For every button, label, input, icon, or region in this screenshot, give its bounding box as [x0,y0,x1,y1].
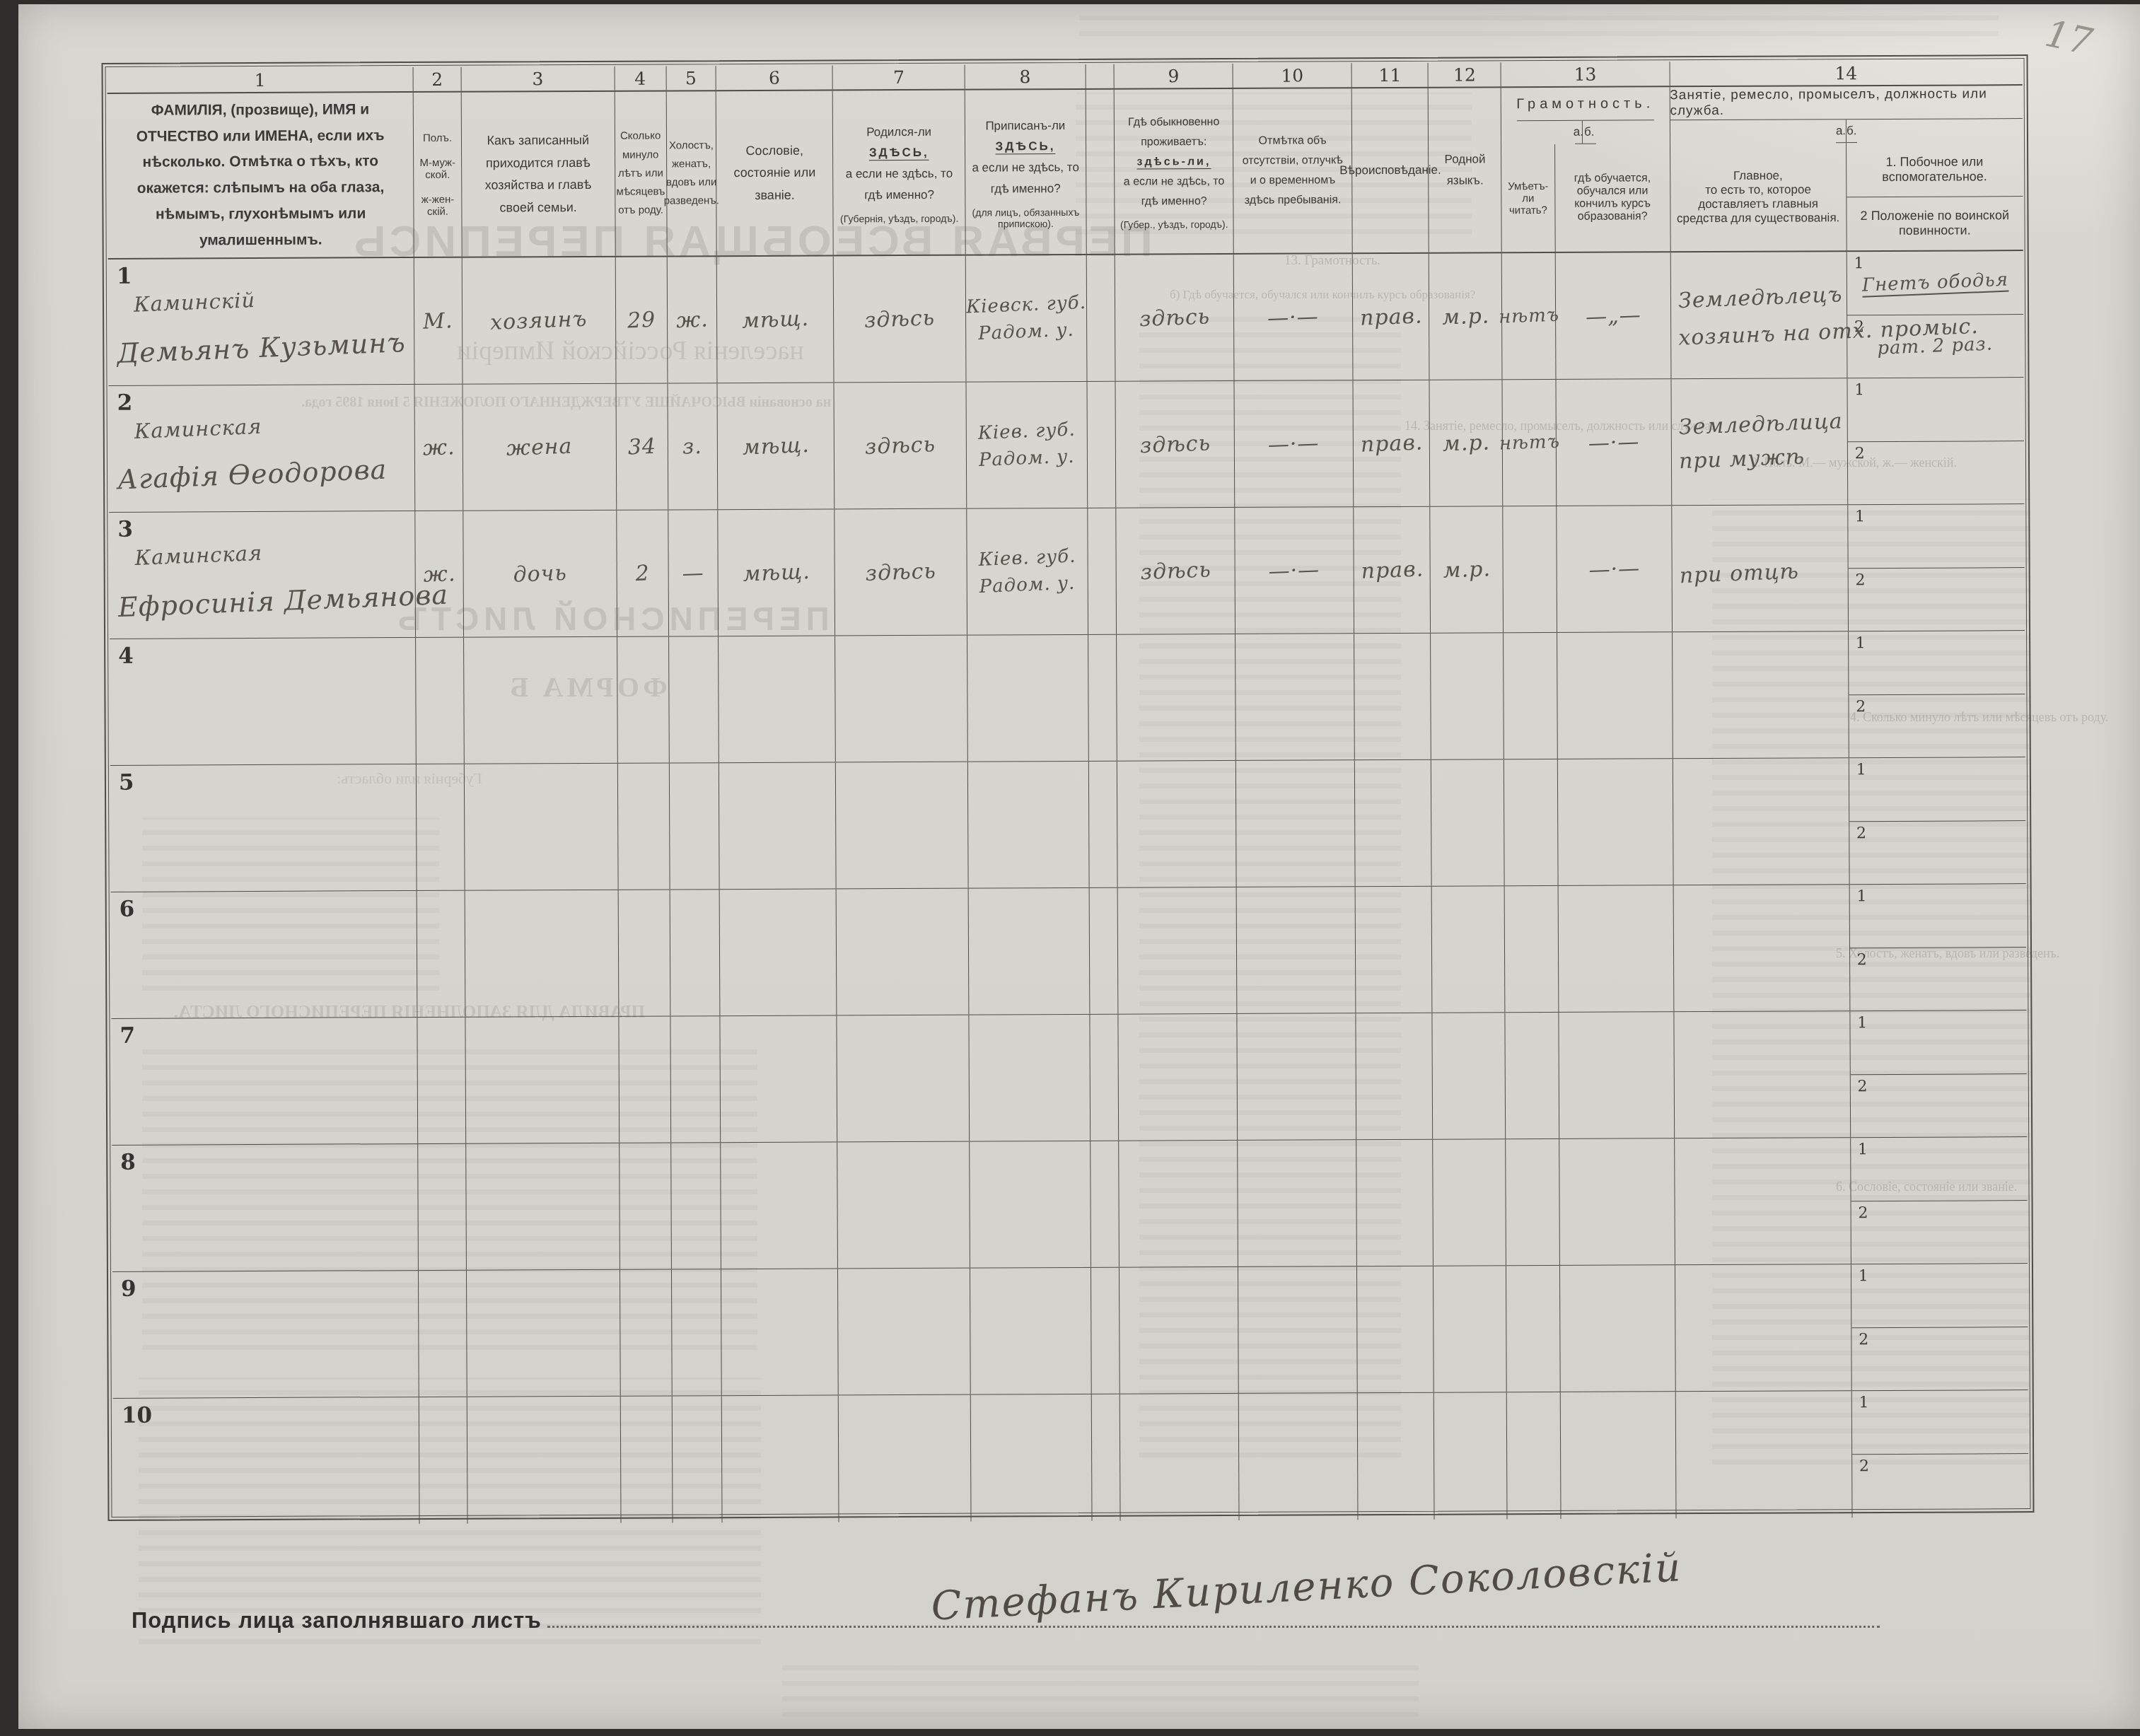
census-form-paper: ПЕРВАЯ ВСЕОБЩАЯ ПЕРЕПИСЬ населенія Россі… [18,4,2140,1729]
cell-language: м.р. [1431,506,1504,632]
cell-birthplace [837,1142,970,1269]
header-relation: Какъ записанный приходится главѣ хозяйст… [462,92,616,257]
entry-age: 34 [627,433,657,460]
header-occupation-main: Главное, то есть то, которое доставляетъ… [1670,143,1847,251]
bleedthrough-texture [782,1660,1419,1728]
cell-absence [1236,760,1356,887]
cell-literacy-b: —·— [1557,506,1672,632]
occupation-b-letter: б. [1847,120,1857,142]
cell-literacy-a [1504,633,1558,759]
sub-number-2: 2 [1856,825,1866,842]
cell-age [617,636,670,762]
header-sex: Полъ. М-муж-ской. ж-жен-скій. [414,93,463,257]
header-residence: Гдѣ обыкновенно проживаетъ: здѣсь-ли, а … [1115,89,1234,254]
cell-age [620,1269,673,1395]
header-name: ФАМИЛІЯ, (прозвище), ИМЯ и ОТЧЕСТВО или … [107,93,414,258]
signature-row: Подпись лица заполнявшаго листъ Стефанъ … [132,1608,1885,1633]
entry-residence: здѣсь [1140,557,1211,585]
entry-religion: прав. [1361,557,1424,583]
fold-separator [1090,1015,1119,1141]
entry-relation: жена [506,433,573,461]
cell-occupation-side: 1 2 [1851,1137,2028,1264]
cell-literacy-b [1559,885,1674,1012]
cell-birthplace: здѣсь [835,509,968,636]
fold-separator [1087,382,1116,508]
cell-registration [967,635,1088,762]
cell-literacy-a: нѣтъ [1502,253,1557,379]
cell-name: 4 [110,638,417,765]
cell-residence [1117,634,1236,761]
cell-occupation-side: 1 2 [1851,1390,2028,1517]
sub-number-1: 1 [1854,381,1864,399]
entry-absence: —·— [1268,557,1320,584]
cell-estate [720,889,837,1015]
col-number-10: 10 [1233,63,1352,88]
cell-residence [1119,1014,1238,1141]
entry-sex: М. [423,308,454,334]
sub-number-1: 1 [1859,1394,1868,1411]
fold-separator [1089,762,1118,887]
cell-name: 5 [110,764,417,892]
row-number: 4 [118,643,134,669]
entry-religion: прав. [1359,303,1423,330]
entry-occupation-main-line1: Земледѣлецъ [1677,282,1843,313]
sub-number-2: 2 [1859,1331,1868,1348]
entry-language: м.р. [1442,430,1490,457]
cell-marital [670,890,720,1015]
cell-age [620,1143,672,1269]
row-number: 3 [117,517,133,542]
cell-name: 1 Каминскій Демьянъ Кузьминъ [108,258,415,385]
entry-given-name: Демьянъ Кузьминъ [117,327,407,369]
row-number: 8 [120,1150,136,1175]
occupation-a-letter: а. [1836,120,1847,142]
cell-sex [417,891,465,1017]
cell-religion [1357,1266,1434,1392]
cell-language [1431,759,1505,885]
cell-relation: дочь [463,511,617,637]
cell-literacy-b [1558,759,1673,885]
entry-birthplace: здѣсь [864,305,936,333]
col-number-6: 6 [716,65,833,90]
literacy-b-letter: б. [1582,121,1595,144]
cell-religion: прав. [1354,507,1431,633]
row-number: 2 [117,390,133,416]
entry-residence: здѣсь [1139,304,1210,332]
cell-relation [467,1397,621,1524]
cell-residence [1120,1394,1240,1521]
header-religion: Вѣроисповѣданіе. [1352,88,1429,252]
header-literacy-b: гдѣ обучается, обучался или кончилъ курс… [1555,144,1670,252]
cell-estate [721,1269,839,1395]
cell-occupation-side: 1 2 [1851,1264,2028,1390]
cell-estate: мѣщ. [718,509,835,636]
entry-surname: Каминская [134,541,263,570]
table-row: 10 [113,1390,2029,1525]
cell-marital [672,1396,722,1522]
entry-registration-line2: Радом. у. [978,320,1075,344]
cell-occupation-main: Земледѣлица при мужѣ [1671,378,1848,505]
entry-estate: мѣщ. [742,432,810,460]
entry-literacy-b: —·— [1588,556,1641,583]
entry-surname: Каминскій [133,288,255,317]
cell-language [1432,886,1506,1012]
entry-occupation-main-line2: при мужѣ [1678,444,1805,474]
entry-birthplace: здѣсь [864,432,936,460]
header-literacy-a: Умѣетъ-ли читать? [1501,144,1555,252]
cell-sex: ж. [416,511,464,637]
cell-marital: з. [668,383,718,509]
sub-number-1: 1 [1856,761,1866,779]
sub-number-1: 1 [1859,1267,1868,1285]
occupation-side-subcell: 1 [1849,631,2025,695]
col-number-5: 5 [666,66,716,90]
cell-absence [1237,887,1356,1013]
fold-separator [1086,64,1115,88]
fold-separator [1089,888,1118,1014]
cell-marital: ж. [667,257,717,383]
header-occupation: Занятіе, ремесло, промыселъ, должность и… [1670,86,2023,251]
table-row: 6 [111,884,2027,1019]
census-table: 1 2 3 4 5 6 7 8 9 10 11 12 13 14 ФАМИЛІЯ… [102,54,2035,1521]
cell-occupation-side: 1 2 [1849,631,2025,757]
cell-birthplace [839,1395,972,1522]
cell-language: м.р. [1430,380,1504,506]
military-status-subcell: 2 [1849,821,2026,885]
entry-estate: мѣщ. [743,559,810,586]
cell-literacy-a [1506,1266,1561,1392]
col-number-1: 1 [107,67,414,93]
cell-occupation-main [1673,631,1849,758]
row-number: 5 [119,770,134,796]
header-marital: Холостъ, женатъ, вдовъ или разведенъ. [666,91,716,255]
table-row: 9 [112,1264,2028,1399]
cell-occupation-main [1675,1391,1852,1518]
military-status-subcell: 2 [1851,1201,2028,1264]
cell-marital [672,1269,722,1395]
cell-religion [1355,760,1432,886]
col-number-8: 8 [965,64,1086,89]
cell-registration [970,1268,1091,1394]
cell-religion [1356,887,1433,1013]
row-number: 7 [120,1023,135,1049]
cell-registration [968,762,1089,888]
entry-registration-line2: Радом. у. [979,573,1076,598]
cell-religion [1356,1140,1434,1266]
sub-number-1: 1 [1856,887,1866,905]
sub-number-1: 1 [1857,1014,1867,1032]
table-row: 2 Каминская Агафія Ѳеодорова ж. жена 34 … [109,378,2025,513]
header-age: Сколько минуло лѣтъ или мѣсяцевъ отъ род… [615,91,667,255]
cell-relation [465,764,618,890]
cell-relation [465,890,619,1017]
occupation-side-subcell: 1 [1849,884,2026,948]
entry-marital: — [682,560,704,586]
entry-registration-line1: Кіев. губ. [977,419,1076,444]
cell-absence [1235,634,1355,760]
cell-registration [970,1015,1091,1141]
table-row: 7 [111,1010,2027,1146]
cell-absence [1238,1140,1357,1266]
cell-estate [719,636,836,762]
entry-sex: ж. [423,561,456,587]
sub-number-2: 2 [1857,951,1867,969]
entry-registration-line1: Кіев. губ. [978,546,1076,571]
sub-number-1: 1 [1858,1141,1868,1158]
col-number-9: 9 [1115,64,1233,88]
entry-age: 29 [627,307,656,333]
sub-number-2: 2 [1858,1078,1868,1095]
military-status-subcell: 2 [1850,1074,2027,1138]
entry-given-name: Ефросинія Демьянова [117,579,449,623]
cell-age [619,1016,671,1142]
occupation-side-subcell: 1 [1850,1010,2027,1075]
entry-absence: —·— [1267,304,1320,331]
entry-relation: дочь [513,560,567,587]
cell-occupation-side: 1 2 [1850,1010,2027,1137]
sub-number-1: 1 [1854,255,1863,272]
cell-relation [465,1017,619,1143]
cell-registration [971,1394,1092,1522]
cell-occupation-side: 1 2 [1848,504,2025,631]
sub-number-2: 2 [1856,698,1866,716]
cell-sex [416,638,464,764]
table-header-row: ФАМИЛІЯ, (прозвище), ИМЯ и ОТЧЕСТВО или … [107,86,2023,260]
cell-estate: мѣщ. [717,256,835,383]
entry-residence: здѣсь [1139,431,1211,458]
cell-sex [418,1018,466,1143]
cell-marital [670,1016,721,1142]
cell-literacy-b: —·— [1557,379,1672,506]
cell-occupation-side: 1 2 [1849,884,2026,1010]
cell-language [1434,1266,1507,1392]
cell-age: 29 [615,257,668,383]
row-number: 1 [117,264,132,289]
cell-residence: здѣсь [1117,508,1236,634]
military-status-subcell: 2 [1850,948,2027,1011]
cell-occupation-side: 1 2 [1847,378,2024,504]
cell-literacy-a [1504,506,1558,632]
literacy-a-letter: а. [1575,121,1583,144]
military-status-subcell: 2 [1848,568,2025,631]
entry-estate: мѣщ. [741,305,809,333]
cell-birthplace [837,1015,970,1142]
cell-marital [669,636,719,762]
military-status-subcell: 2 [1851,1327,2028,1391]
bleedthrough-texture [1079,13,1999,47]
cell-literacy-b [1559,1138,1675,1265]
entry-given-name: Агафія Ѳеодорова [117,454,388,496]
cell-marital [670,763,720,889]
occupation-side-subcell: 1 Гнетъ ободья [1847,251,2023,315]
cell-relation [464,637,617,764]
cell-registration: Кіев. губ. Радом. у. [967,508,1088,635]
cell-birthplace: здѣсь [834,256,967,383]
cell-religion [1358,1393,1435,1520]
row-number: 6 [120,897,135,922]
occupation-side-subcell: 1 [1851,1264,2028,1328]
entry-absence: —·— [1268,431,1320,458]
entry-registration-line1: Кіевск. губ. [965,292,1086,318]
cell-literacy-a: нѣтъ [1503,380,1557,506]
cell-registration: Кіев. губ. Радом. у. [967,382,1088,508]
cell-residence [1120,1141,1239,1267]
pencil-page-number: 17 [2041,13,2095,64]
entry-relation: хозяинъ [490,306,588,334]
signature-label: Подпись лица заполнявшаго листъ [132,1608,542,1633]
cell-literacy-b [1557,632,1673,759]
cell-occupation-main [1675,1138,1851,1264]
header-registration: Приписанъ-ли ЗДѢСЬ, а если не здѣсь, то … [965,90,1087,255]
entry-literacy-b: —„— [1585,303,1641,330]
cell-literacy-b [1559,1012,1675,1138]
cell-name: 10 [113,1397,420,1525]
col-number-12: 12 [1429,62,1501,86]
cell-sex [418,1144,466,1270]
sub-number-2: 2 [1855,571,1865,589]
cell-estate [721,1142,838,1269]
cell-literacy-a [1504,759,1559,885]
entry-language: м.р. [1443,557,1491,583]
header-literacy: Грамотность. а. б. Умѣетъ-ли читать? гдѣ… [1501,87,1670,252]
cell-sex [419,1397,467,1524]
enumerator-signature: Стефанъ Кириленко Соколовскій [930,1544,1683,1630]
entry-occupation-main-line2: при отцѣ [1679,559,1800,588]
cell-birthplace [838,1269,971,1395]
row-number: 9 [121,1276,136,1302]
cell-language [1434,1392,1508,1519]
header-language: Родной языкъ. [1429,88,1502,252]
cell-birthplace: здѣсь [835,383,967,509]
cell-relation: жена [463,384,616,511]
cell-occupation-main [1675,1264,1852,1391]
fold-separator [1091,1268,1120,1394]
cell-occupation-main [1674,1011,1851,1138]
occupation-side-subcell: 1 [1849,757,2026,822]
entry-birthplace: здѣсь [865,559,936,586]
cell-estate: мѣщ. [718,383,835,509]
cell-literacy-b: —„— [1556,252,1671,379]
cell-religion: прав. [1354,380,1431,506]
entry-language: м.р. [1441,303,1489,330]
cell-name: 6 [111,891,418,1018]
sub-number-2: 2 [1855,445,1865,462]
cell-literacy-a [1506,1139,1560,1265]
cell-birthplace [837,889,970,1015]
entry-literacy-a: нѣтъ [1499,431,1560,454]
cell-registration: Кіевск. губ. Радом. у. [966,255,1087,382]
cell-religion: прав. [1353,254,1430,380]
cell-absence: —·— [1234,254,1354,380]
sub-number-1: 1 [1856,634,1866,652]
cell-religion [1354,634,1431,759]
cell-absence: —·— [1235,380,1354,507]
cell-age [618,890,670,1015]
cell-marital [671,1143,721,1269]
cell-occupation-main [1673,885,1850,1011]
cell-age [620,1396,673,1522]
col-number-7: 7 [833,65,965,90]
entry-registration-line2: Радом. у. [979,446,1076,471]
cell-relation [467,1270,620,1397]
header-estate: Сословіе, состояніе или званіе. [716,91,834,255]
col-number-3: 3 [461,66,615,91]
fold-separator [1091,1394,1120,1521]
cell-residence [1118,887,1238,1014]
header-occupation-military: 2 Положеніе по воинской повинности. [1847,197,2023,251]
cell-literacy-b [1561,1392,1676,1519]
occupation-side-subcell: 1 [1851,1390,2028,1455]
cell-relation [466,1143,620,1270]
occupation-side-subcell: 1 [1847,378,2024,442]
col-number-13: 13 [1501,62,1670,86]
cell-relation: хозяинъ [463,257,616,384]
entry-surname: Каминская [134,414,262,443]
cell-name: 8 [112,1144,419,1271]
sub-number-1: 1 [1855,508,1865,525]
fold-separator [1088,635,1117,761]
cell-sex: ж. [415,385,463,511]
col-number-4: 4 [615,66,666,90]
table-row: 4 [110,631,2025,766]
fold-separator [1091,1141,1120,1267]
signature-dotted-line [547,1625,1880,1628]
col-number-2: 2 [414,67,462,91]
cell-occupation-side: 1 Гнетъ ободья 2 рат. 2 раз. [1847,251,2023,378]
cell-residence: здѣсь [1115,255,1235,381]
cell-religion [1356,1013,1434,1139]
fold-separator [1088,508,1117,634]
cell-birthplace [836,762,969,889]
cell-marital: — [668,510,719,636]
cell-language [1433,1013,1506,1138]
entry-literacy-b: —·— [1588,429,1640,456]
cell-sex: М. [414,258,463,384]
header-occupation-side-1: 1. Побочное или вспомогательное. [1847,142,2023,197]
cell-residence: здѣсь [1116,381,1235,508]
fold-separator [1086,90,1115,254]
cell-literacy-a [1506,1013,1560,1138]
cell-literacy-b [1560,1265,1675,1392]
military-status-subcell: 2 [1848,441,2025,505]
occupation-side-subcell: 1 [1851,1137,2028,1201]
entry-marital: ж. [675,307,709,333]
header-occupation-side: 1. Побочное или вспомогательное. 2 Полож… [1847,142,2023,250]
entry-military-status: рат. 2 раз. [1877,333,1994,359]
cell-name: 9 [112,1271,419,1398]
cell-name: 2 Каминская Агафія Ѳеодорова [109,385,416,512]
table-row: 3 Каминская Ефросинія Демьянова ж. дочь … [109,504,2025,639]
cell-absence [1238,1013,1357,1140]
entry-age: 2 [635,561,650,586]
cell-estate [720,1015,837,1142]
cell-registration [969,888,1090,1015]
col-number-11: 11 [1352,63,1429,87]
row-number: 10 [122,1403,152,1428]
table-row: 8 [112,1137,2028,1272]
cell-name: 7 [111,1018,418,1145]
entry-occupation-main-line1: Земледѣлица [1678,409,1843,440]
cell-occupation-side: 1 2 [1849,757,2026,884]
cell-age: 34 [616,383,668,509]
cell-language [1434,1139,1507,1265]
sub-number-2: 2 [1858,1204,1868,1222]
cell-estate [722,1395,839,1522]
cell-absence [1238,1266,1358,1393]
cell-sex [417,764,465,890]
entry-marital: з. [682,433,703,459]
cell-literacy-a [1505,886,1559,1012]
